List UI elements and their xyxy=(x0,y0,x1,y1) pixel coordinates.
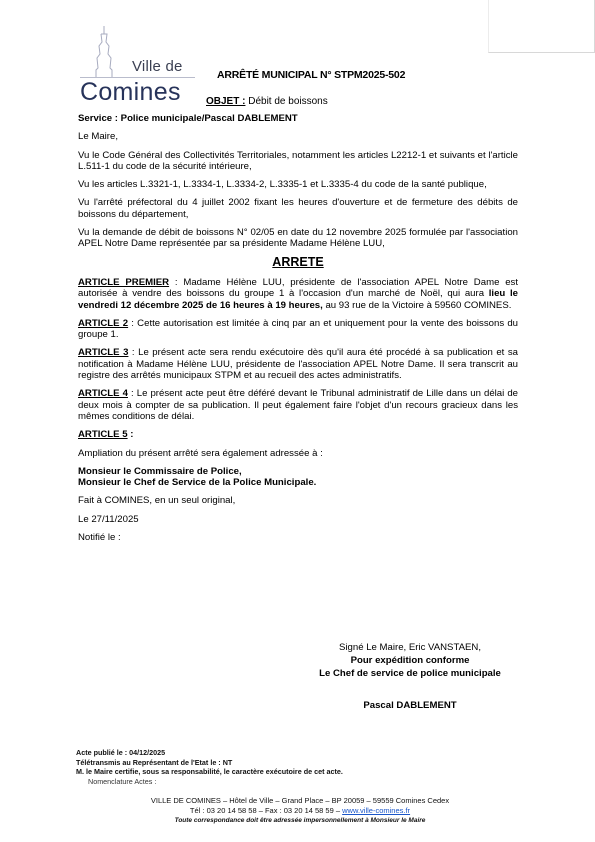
article-1: ARTICLE PREMIER : Madame Hélène LUU, pré… xyxy=(78,277,518,311)
document-body: Service : Police municipale/Pascal DABLE… xyxy=(78,113,518,550)
footer-note: Toute correspondance doit être adressée … xyxy=(100,816,500,826)
article-2-text: : Cette autorisation est limitée à cinq … xyxy=(78,318,518,340)
teletransmis: Télétransmis au Représentant de l'Etat l… xyxy=(76,758,343,768)
nomenclature: Nomenclature Actes : xyxy=(76,777,343,787)
article-3: ARTICLE 3 : Le présent acte sera rendu e… xyxy=(78,347,518,381)
service-line: Service : Police municipale/Pascal DABLE… xyxy=(78,113,518,124)
vu-arrete-prefectoral: Vu l'arrêté préfectoral du 4 juillet 200… xyxy=(78,197,518,220)
article-3-text: : Le présent acte sera rendu exécutoire … xyxy=(78,347,518,381)
vu-demande: Vu la demande de débit de boissons N° 02… xyxy=(78,227,518,250)
objet-value: Débit de boissons xyxy=(245,96,327,107)
destinataires: Monsieur le Commissaire de Police,Monsie… xyxy=(78,466,518,489)
document-title: ARRÊTÉ MUNICIPAL N° STPM2025-502 xyxy=(217,69,405,81)
logo-line2: Comines xyxy=(80,78,181,107)
footer-contact: Tél : 03 20 14 58 58 – Fax : 03 20 14 58… xyxy=(100,806,500,816)
chef-service: Le Chef de service de police municipale xyxy=(290,667,530,680)
date-signature: Le 27/11/2025 xyxy=(78,514,518,525)
footer-address: VILLE DE COMINES – Hôtel de Ville – Gran… xyxy=(100,796,500,806)
signature-block: Signé Le Maire, Eric VANSTAEN, Pour expé… xyxy=(290,641,530,712)
article-5: ARTICLE 5 : xyxy=(78,429,518,440)
ville-de-comines-logo: Ville de Comines xyxy=(80,24,198,110)
logo-line1: Ville de xyxy=(132,58,183,75)
vu-sante-publique: Vu les articles L.3321-1, L.3334-1, L.33… xyxy=(78,179,518,190)
article-3-label: ARTICLE 3 xyxy=(78,347,128,358)
article-1-address: au 93 rue de la Victoire à 59560 COMINES… xyxy=(323,300,512,311)
article-4-label: ARTICLE 4 xyxy=(78,388,128,399)
objet-label: OBJET : xyxy=(206,96,245,107)
footer-phone: Tél : 03 20 14 58 58 – Fax : 03 20 14 58… xyxy=(190,806,342,815)
signe-maire: Signé Le Maire, Eric VANSTAEN, xyxy=(290,641,530,654)
article-5-colon: : xyxy=(128,429,134,440)
destinataire-commissaire: Monsieur le Commissaire de Police, xyxy=(78,466,242,477)
acte-publie: Acte publié le : 04/12/2025 xyxy=(76,748,343,758)
le-maire: Le Maire, xyxy=(78,131,518,142)
article-2: ARTICLE 2 : Cette autorisation est limit… xyxy=(78,318,518,341)
fait-a: Fait à COMINES, en un seul original, xyxy=(78,495,518,506)
expedition-conforme: Pour expédition conforme xyxy=(290,654,530,667)
publication-info: Acte publié le : 04/12/2025 Télétransmis… xyxy=(76,748,343,786)
certification: M. le Maire certifie, sous sa responsabi… xyxy=(76,767,343,777)
article-4: ARTICLE 4 : Le présent acte peut être dé… xyxy=(78,388,518,422)
vu-cgct: Vu le Code Général des Collectivités Ter… xyxy=(78,150,518,173)
article-5-label: ARTICLE 5 xyxy=(78,429,128,440)
stamp-box xyxy=(488,0,595,53)
destinataire-chef-police: Monsieur le Chef de Service de la Police… xyxy=(78,477,316,488)
arrete-heading: ARRETE xyxy=(78,257,518,268)
notifie-le: Notifié le : xyxy=(78,532,518,543)
signatory-name: Pascal DABLEMENT xyxy=(290,699,530,712)
article-1-label: ARTICLE PREMIER xyxy=(78,277,169,288)
ampliation: Ampliation du présent arrêté sera égalem… xyxy=(78,448,518,459)
article-4-text: : Le présent acte peut être déféré devan… xyxy=(78,388,518,422)
website-link[interactable]: www.ville-comines.fr xyxy=(342,806,410,815)
objet-line: OBJET : Débit de boissons xyxy=(206,96,328,107)
footer: VILLE DE COMINES – Hôtel de Ville – Gran… xyxy=(100,796,500,826)
church-spire-icon xyxy=(80,24,130,78)
article-2-label: ARTICLE 2 xyxy=(78,318,128,329)
